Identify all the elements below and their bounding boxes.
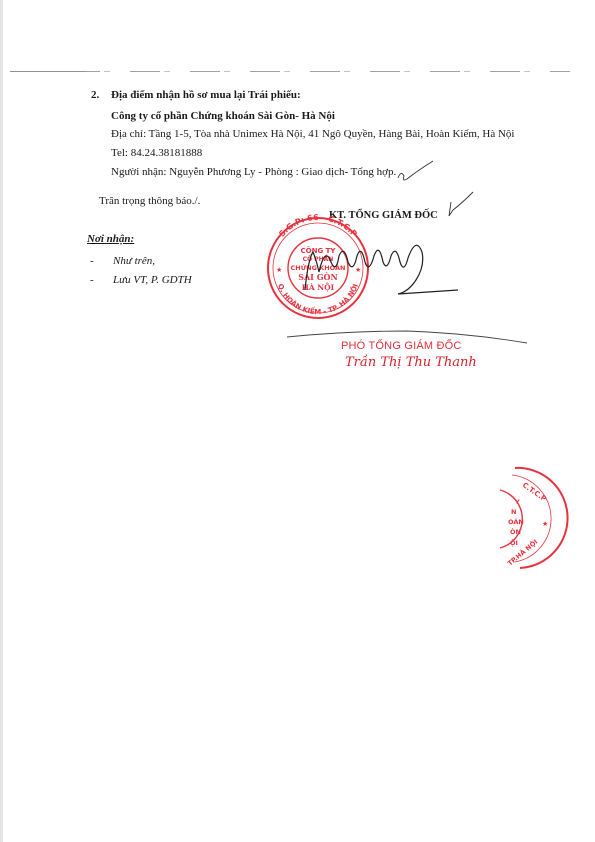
svg-text:ÒN: ÒN: [510, 527, 521, 536]
svg-text:★: ★: [276, 266, 282, 274]
svg-text:ỘI: ỘI: [510, 538, 518, 547]
svg-text:CÔNG TY: CÔNG TY: [301, 246, 337, 255]
signature-underline: [287, 331, 527, 343]
svg-text:Y: Y: [514, 498, 520, 506]
initial-mark-icon: [398, 161, 433, 180]
svg-text:N: N: [511, 508, 516, 516]
svg-text:HÀ NỘI: HÀ NỘI: [302, 283, 335, 292]
svg-text:★: ★: [355, 266, 361, 274]
svg-text:★: ★: [542, 520, 548, 528]
initial-mark-icon: [449, 192, 473, 216]
stamps-and-signatures: S.G.P: 66 - C.T.C.P Q. HOÀN KIẾM - TP. H…: [0, 0, 595, 842]
svg-text:OÁN: OÁN: [508, 517, 524, 526]
svg-text:S.G.P: 66 - C.T.C.P: S.G.P: 66 - C.T.C.P: [277, 213, 359, 239]
svg-text:SÀI GÒN: SÀI GÒN: [298, 272, 338, 282]
edge-seal-text: C.T.C.P Y N OÁN ÒN ỘI ★ TP.HÀ NỘI: [506, 481, 549, 567]
